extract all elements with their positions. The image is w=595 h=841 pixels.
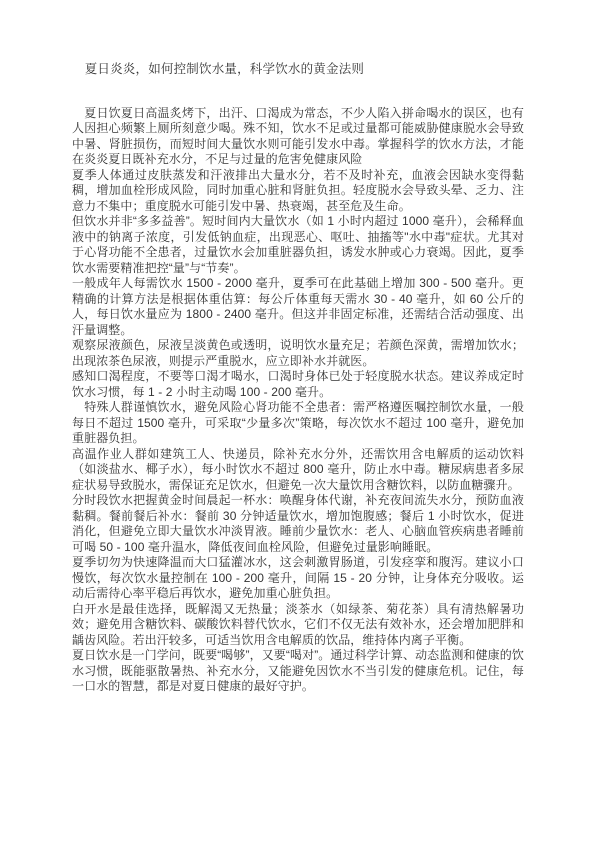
document-title: 夏日炎炎，如何控制饮水量，科学饮水的黄金法则	[72, 62, 524, 78]
paragraph-thirst-perception: 感知口渴程度，不要等口渴才喝水，口渴时身体已处于轻度脱水状态。建议养成定时饮水习…	[72, 369, 524, 400]
paragraph-best-drink-choices: 白开水是最佳选择，既解渴又无热量；淡茶水（如绿茶、菊花茶）具有清热解暑功效；避免…	[72, 602, 524, 649]
paragraph-timed-drinking: 分时段饮水把握黄金时间晨起一杯水：唤醒身体代谢，补充夜间流失水分，预防血液黏稠。…	[72, 493, 524, 555]
paragraph-conclusion: 夏日饮水是一门学问，既要“喝够”，又要“喝对”。通过科学计算、动态监测和健康的饮…	[72, 648, 524, 695]
paragraph-intro: 夏日饮夏日高温炙烤下，出汗、口渴成为常态，不少人陷入拼命喝水的误区，也有人因担心…	[72, 106, 524, 168]
document-page: 夏日炎炎，如何控制饮水量，科学饮水的黄金法则 夏日饮夏日高温炙烤下，出汗、口渴成…	[0, 0, 595, 841]
paragraph-avoid-ice-gulping: 夏季切勿为快速降温而大口猛灌冰水，这会刺激胃肠道，引发痉挛和腹泻。建议小口慢饮，…	[72, 555, 524, 602]
document-body: 夏日饮夏日高温炙烤下，出汗、口渴成为常态，不少人陷入拼命喝水的误区，也有人因担心…	[72, 106, 524, 695]
paragraph-high-temp-workers: 高温作业人群如建筑工人、快递员，除补充水分外，还需饮用含电解质的运动饮料（如淡盐…	[72, 447, 524, 494]
paragraph-daily-intake-calculation: 一般成年人每需饮水 1500 - 2000 毫升，夏季可在此基础上增加 300 …	[72, 276, 524, 338]
paragraph-urine-color-check: 观察尿液颜色，尿液呈淡黄色或透明，说明饮水量充足；若颜色深黄，需增加饮水；出现浓…	[72, 338, 524, 369]
paragraph-special-groups: 特殊人群谨慎饮水，避免风险心肾功能不全患者：需严格遵医嘱控制饮水量，一般每日不超…	[72, 400, 524, 447]
paragraph-dehydration-harm: 夏季人体通过皮肤蒸发和汗液排出大量水分，若不及时补充，血液会因缺水变得黏稠，增加…	[72, 168, 524, 215]
paragraph-overdrinking-harm: 但饮水并非“多多益善”。短时间内大量饮水（如 1 小时内超过 1000 毫升），…	[72, 214, 524, 276]
